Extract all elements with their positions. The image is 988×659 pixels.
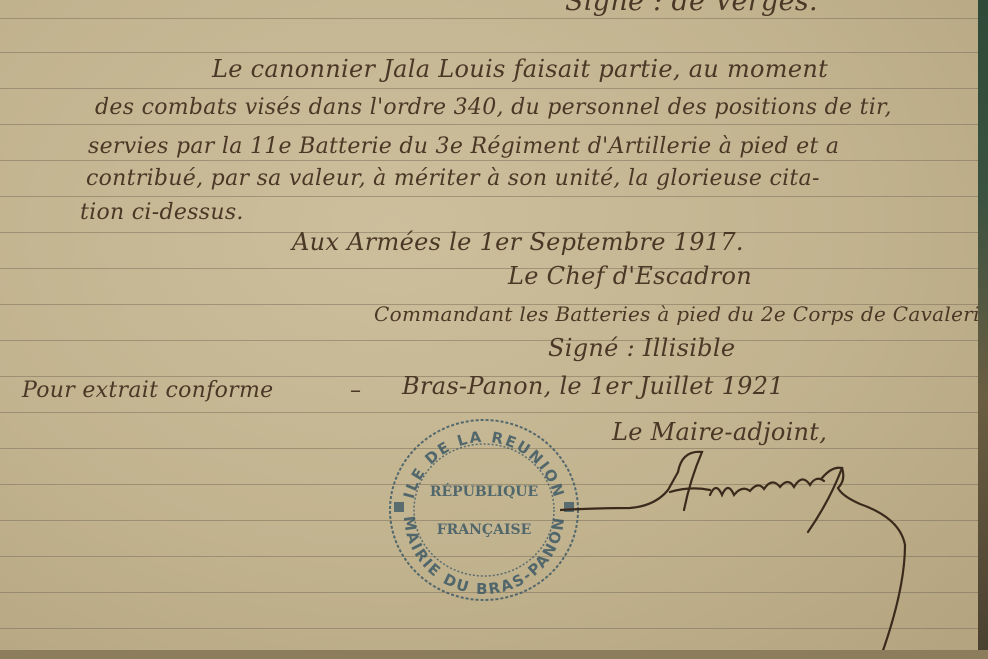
- place-date-1917: Aux Armées le 1er Septembre 1917.: [292, 228, 744, 256]
- citation-line-1: Le canonnier Jala Louis faisait partie, …: [212, 55, 828, 83]
- citation-line-2: des combats visés dans l'ordre 340, du p…: [95, 95, 892, 120]
- signatory-title: Le Chef d'Escadron: [508, 262, 752, 290]
- citation-line-5: tion ci-dessus.: [80, 200, 244, 225]
- paper-bottom-edge: [0, 650, 988, 659]
- mayor-signature: [560, 400, 940, 659]
- citation-line-3: servies par la 11e Batterie du 3e Régime…: [88, 134, 839, 159]
- certification-label: Pour extrait conforme: [22, 378, 273, 403]
- town-hall-stamp: ILE DE LA REUNION MAIRIE DU BRAS-PANON R…: [384, 414, 584, 606]
- signatory-signed: Signé : Illisible: [548, 334, 735, 362]
- cutoff-signed-line: Signé : de Vergès.: [565, 0, 818, 17]
- ruled-line: [0, 160, 978, 161]
- ruled-line: [0, 196, 978, 197]
- ruled-line: [0, 268, 978, 269]
- ruled-line: [0, 88, 978, 89]
- stamp-inner-line-2: FRANÇAISE: [437, 522, 532, 538]
- certification-dash: –: [350, 378, 361, 403]
- background-edge: [978, 0, 988, 659]
- ruled-line: [0, 18, 978, 19]
- ruled-line: [0, 52, 978, 53]
- ruled-line: [0, 340, 978, 341]
- place-date-1921: Bras-Panon, le 1er Juillet 1921: [402, 372, 784, 400]
- citation-line-4: contribué, par sa valeur, à mériter à so…: [86, 166, 820, 191]
- stamp-inner-line-1: RÉPUBLIQUE: [430, 482, 538, 500]
- signatory-role: Commandant les Batteries à pied du 2e Co…: [374, 302, 988, 326]
- ruled-line: [0, 124, 978, 125]
